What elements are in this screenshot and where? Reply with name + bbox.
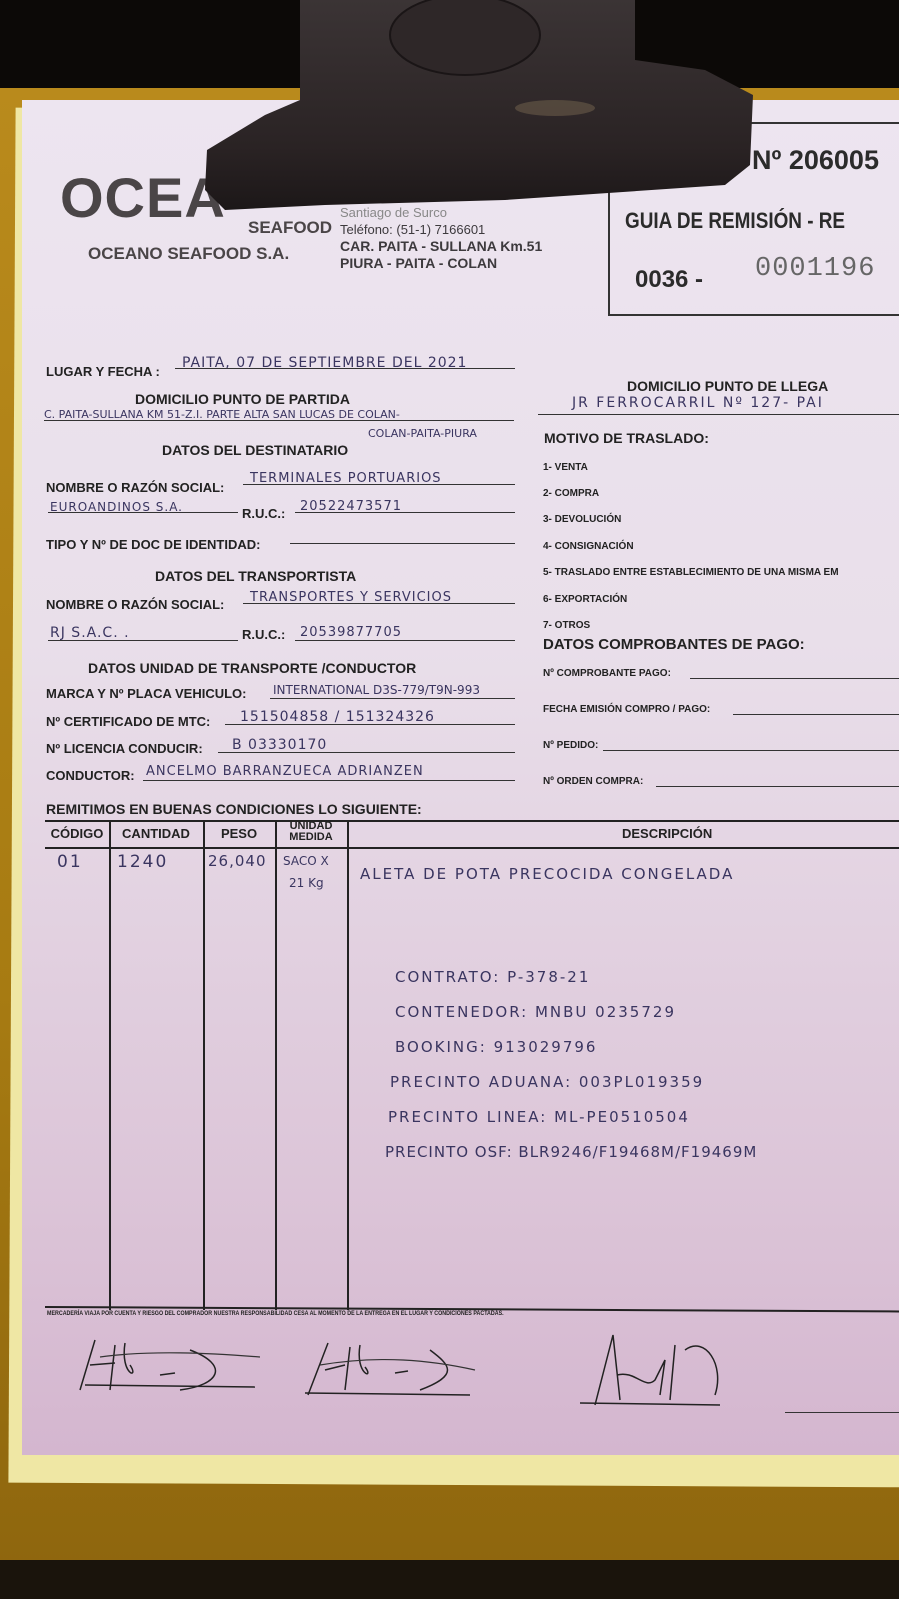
detail-precinto-aduana[interactable]: PRECINTO ADUANA: 003PL019359 <box>390 1073 704 1091</box>
row-cantidad[interactable]: 1240 <box>117 852 168 872</box>
row-descripcion[interactable]: ALETA DE POTA PRECOCIDA CONGELADA <box>360 865 734 883</box>
motivo-option-3[interactable]: 3- DEVOLUCIÓN <box>543 514 621 525</box>
col-header-peso: PESO <box>203 826 275 841</box>
motivo-option-5[interactable]: 5- TRASLADO ENTRE ESTABLECIMIENTO DE UNA… <box>543 567 839 578</box>
items-intro: REMITIMOS EN BUENAS CONDICIONES LO SIGUI… <box>46 801 422 817</box>
footer-disclaimer: MERCADERÍA VIAJA POR CUENTA Y RIESGO DEL… <box>47 1310 504 1317</box>
dest-nombre-value-line1[interactable]: TERMINALES PORTUARIOS <box>250 471 442 486</box>
row-codigo[interactable]: 01 <box>57 852 83 872</box>
motivo-option-7[interactable]: 7- OTROS <box>543 620 590 631</box>
signature-transportista-icon <box>300 1335 480 1405</box>
dest-doc-label: TIPO Y Nº DE DOC DE IDENTIDAD: <box>46 537 260 552</box>
placa-value[interactable]: INTERNATIONAL D3S-779/T9N-993 <box>273 683 480 697</box>
partida-value-line2[interactable]: COLAN-PAITA-PIURA <box>368 427 477 440</box>
col-header-descripcion: DESCRIPCIÓN <box>347 826 899 841</box>
lugar-fecha-value[interactable]: PAITA, 07 DE SEPTIEMBRE DEL 2021 <box>182 355 467 371</box>
motivo-option-1[interactable]: 1- VENTA <box>543 462 588 473</box>
company-phone: Teléfono: (51-1) 7166601 <box>340 221 542 238</box>
detail-contenedor[interactable]: CONTENEDOR: MNBU 0235729 <box>395 1003 676 1021</box>
detail-precinto-linea[interactable]: PRECINTO LINEA: ML-PE0510504 <box>388 1108 690 1126</box>
detail-precinto-osf[interactable]: PRECINTO OSF: BLR9246/F19468M/F19469M <box>385 1143 757 1161</box>
company-legal-name: OCEANO SEAFOOD S.A. <box>88 244 289 264</box>
detail-booking[interactable]: BOOKING: 913029796 <box>395 1038 597 1056</box>
clipboard-edge <box>0 1560 899 1599</box>
address-line1: CAR. PAITA - SULLANA Km.51 <box>340 238 542 255</box>
col-header-cantidad: CANTIDAD <box>109 826 203 841</box>
row-unidad-line2[interactable]: 21 Kg <box>289 876 324 890</box>
detail-contrato[interactable]: CONTRATO: P-378-21 <box>395 968 590 986</box>
trans-ruc-value[interactable]: 20539877705 <box>300 625 402 640</box>
row-peso[interactable]: 26,040 <box>208 852 267 870</box>
col-header-codigo: CÓDIGO <box>45 826 109 841</box>
transportista-title: DATOS DEL TRANSPORTISTA <box>155 568 356 584</box>
trans-nombre-value-line2[interactable]: RJ S.A.C. . <box>50 625 130 641</box>
signature-remitente-icon <box>70 1335 260 1400</box>
company-logo-text: OCEA <box>60 165 226 230</box>
dest-ruc-value[interactable]: 20522473571 <box>300 499 402 514</box>
destinatario-title: DATOS DEL DESTINATARIO <box>162 442 348 458</box>
licencia-value[interactable]: B 03330170 <box>232 737 327 753</box>
unidad-title: DATOS UNIDAD DE TRANSPORTE /CONDUCTOR <box>88 660 416 676</box>
pago-title: DATOS COMPROBANTES DE PAGO: <box>543 636 805 653</box>
dest-ruc-label: R.U.C.: <box>242 506 285 521</box>
llegada-title: DOMICILIO PUNTO DE LLEGA <box>627 378 828 394</box>
lugar-fecha-label: LUGAR Y FECHA : <box>46 364 160 379</box>
binder-clip-icon <box>205 0 753 215</box>
conductor-value[interactable]: ANCELMO BARRANZUECA ADRIANZEN <box>146 764 424 779</box>
dest-nombre-label: NOMBRE O RAZÓN SOCIAL: <box>46 480 224 495</box>
licencia-label: Nº LICENCIA CONDUCIR: <box>46 741 203 756</box>
placa-label: MARCA Y Nº PLACA VEHICULO: <box>46 686 246 701</box>
row-unidad-line1[interactable]: SACO X <box>283 854 329 868</box>
partida-title: DOMICILIO PUNTO DE PARTIDA <box>135 391 350 407</box>
motivo-title: MOTIVO DE TRASLADO: <box>544 430 709 446</box>
motivo-option-6[interactable]: 6- EXPORTACIÓN <box>543 594 627 605</box>
document-serie: 0036 - <box>635 266 703 294</box>
trans-nombre-label: NOMBRE O RAZÓN SOCIAL: <box>46 597 224 612</box>
comprobante-label: Nº COMPROBANTE PAGO: <box>543 668 671 679</box>
trans-ruc-label: R.U.C.: <box>242 627 285 642</box>
orden-compra-label: Nº ORDEN COMPRA: <box>543 776 643 787</box>
conductor-label: CONDUCTOR: <box>46 768 135 783</box>
motivo-option-2[interactable]: 2- COMPRA <box>543 488 599 499</box>
mtc-label: Nº CERTIFICADO DE MTC: <box>46 714 210 729</box>
motivo-option-4[interactable]: 4- CONSIGNACIÓN <box>543 541 634 552</box>
pedido-label: Nº PEDIDO: <box>543 740 598 751</box>
llegada-value[interactable]: JR FERROCARRIL Nº 127- PAI <box>572 395 824 411</box>
col-header-unidad: UNIDAD MEDIDA <box>275 821 347 843</box>
signature-destinatario-icon <box>575 1325 745 1415</box>
mtc-value[interactable]: 151504858 / 151324326 <box>240 709 435 725</box>
items-table: CÓDIGO CANTIDAD PESO UNIDAD MEDIDA DESCR… <box>45 820 899 1310</box>
dest-nombre-value-line2[interactable]: EUROANDINOS S.A. <box>50 500 183 514</box>
document-number: 0001196 <box>755 254 875 284</box>
fecha-emision-label: FECHA EMISIÓN COMPRO / PAGO: <box>543 704 710 715</box>
partida-value-line1[interactable]: C. PAITA-SULLANA KM 51-Z.I. PARTE ALTA S… <box>44 408 400 421</box>
company-brand-sub: SEAFOOD <box>248 218 332 238</box>
trans-nombre-value-line1[interactable]: TRANSPORTES Y SERVICIOS <box>250 590 452 605</box>
address-line2: PIURA - PAITA - COLAN <box>340 255 542 272</box>
ruc-number: Nº 206005 <box>752 145 879 176</box>
